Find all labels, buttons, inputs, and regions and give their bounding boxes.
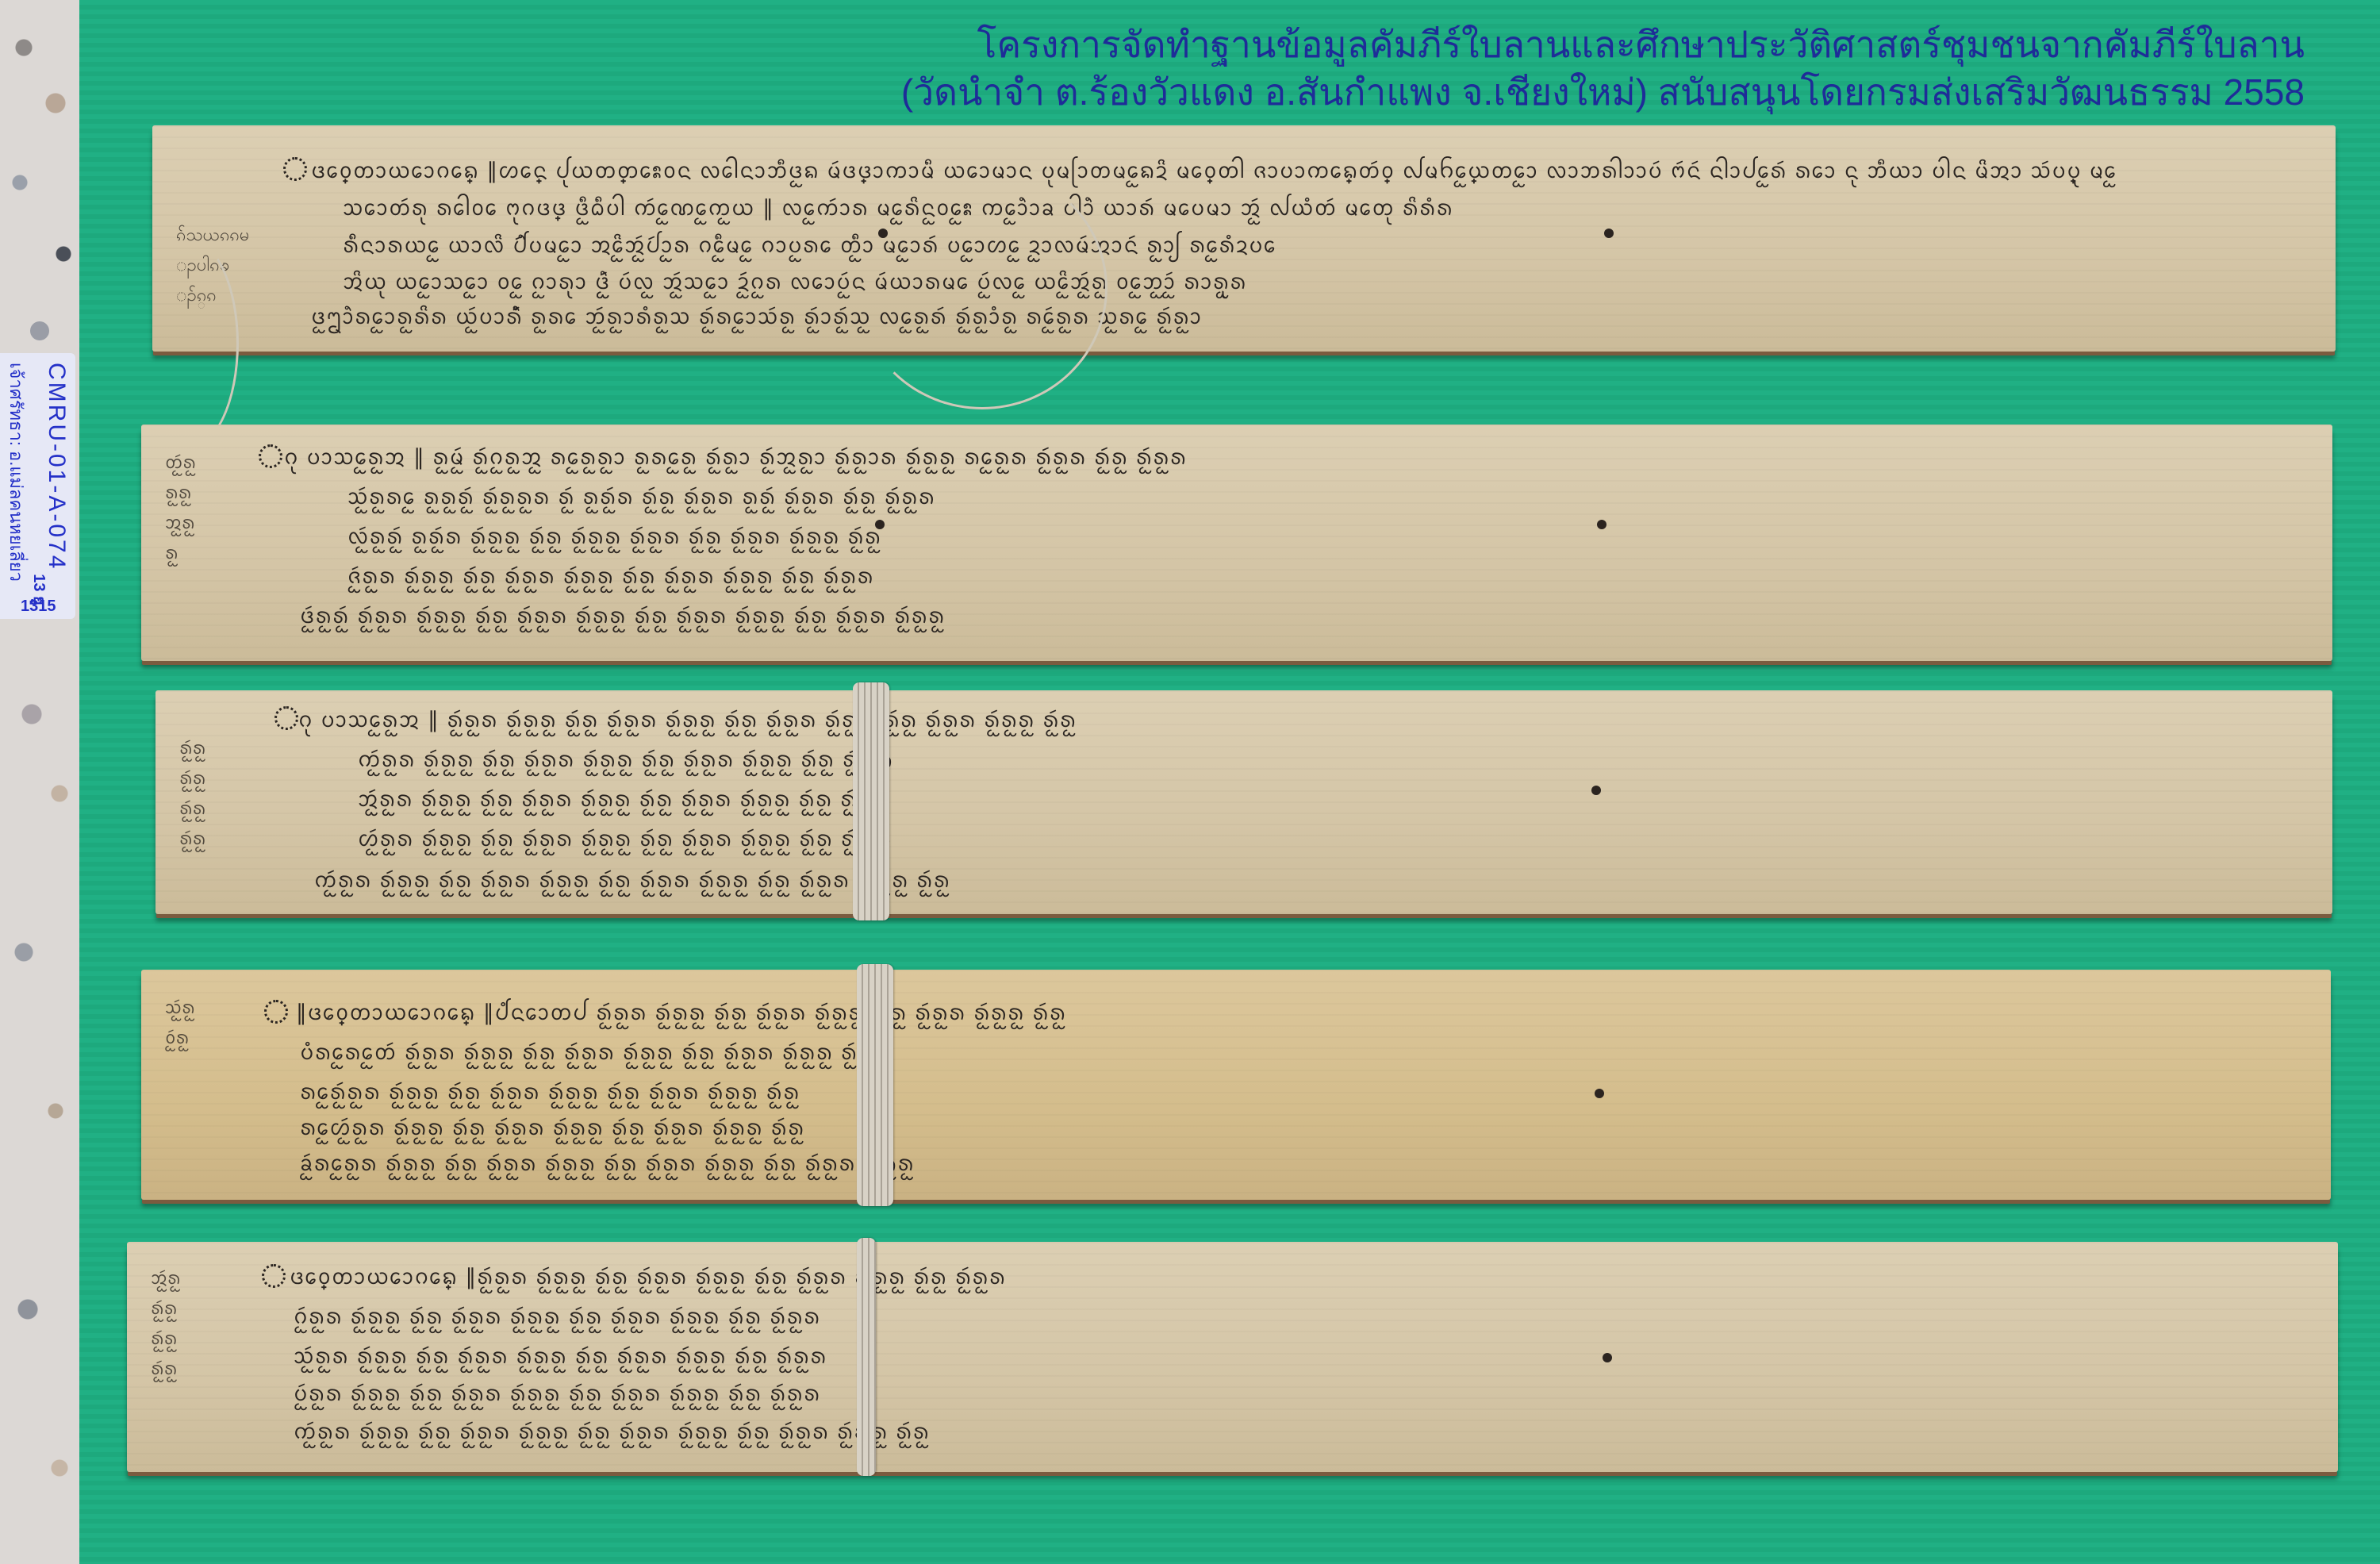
leaf-margin-note: ᩈᩬᩢᩁᩬ ᩅᩬᩢᩁᩬ — [165, 993, 268, 1054]
binding-hole — [1603, 1353, 1612, 1362]
tag-hole — [30, 321, 49, 340]
text-line: ᨴᩮ᩠ᩅᨲᩣᨿᩮᩣᨣᩮ᩠ᨦ ‖ᩁᩬᩢᩁᩬᩁ ᩁᩬᩢᩁᩬᩁᩬ ᩁᩬᩢᩁᩬ ᩁᩬᩢᩁ… — [290, 1262, 2305, 1296]
margin-line: ᩁᩬ — [165, 539, 268, 569]
margin-line: ᩁᩬᩢᩁᩬ — [179, 824, 282, 855]
text-line: ‖ᨴᩮ᩠ᩅᨲᩣᨿᩮᩣᨣᩮ᩠ᨦ ‖ᨸᩴᨶᩮᩣᨲᨸ ᩁᩬᩢᩁᩬᩁ ᩁᩬᩢᩁᩬᩁᩬ ᩁ… — [296, 997, 2303, 1032]
margin-line: ᩁᩬᩢᩁᩬ — [151, 1355, 254, 1385]
margin-line: ᩁᩬᩢᩁᩬ — [151, 1324, 254, 1355]
leaf-margin-note: ᩋᩬᩢᩁᩬ ᩁᩬᩢᩁᩬ ᩁᩬᩢᩁᩬ ᩁᩬᩢᩁᩬ — [151, 1264, 254, 1385]
text-line: ᩋᩬᩢᩁᩬᩁ ᩁᩬᩢᩁᩬᩁᩬ ᩁᩬᩢᩁᩬ ᩁᩬᩢᩁᩬᩁ ᩁᩬᩢᩁᩬᩁᩬ ᩁᩬᩢᩁ… — [358, 784, 2313, 818]
terrazzo-floor — [0, 0, 79, 1564]
text-line: ᩉᩬᩢᩁᩬᩁ ᩁᩬᩢᩁᩬᩁᩬ ᩁᩬᩢᩁᩬ ᩁᩬᩢᩁᩬᩁ ᩁᩬᩢᩁᩬᩁᩬ ᩁᩬᩢᩁ… — [358, 824, 2313, 858]
text-line: ᨴᩮ᩠ᩅᨲᩣᨿᩮᩣᨣᩮ᩠ᨦ ‖ᩉᩮ᩠ᨶ ᨸᩩᨿᨲ᩠ᨲᩮᩡᩅᨶ ᩃᩮᩤᨶᩣᨽᩥᨴᩬ… — [311, 156, 2310, 190]
margin-line: ᩈᩬᩢᩁᩬ — [165, 993, 268, 1024]
ornament-icon — [283, 157, 307, 181]
palm-leaf-5: ᩋᩬᩢᩁᩬ ᩁᩬᩢᩁᩬ ᩁᩬᩢᩁᩬ ᩁᩬᩢᩁᩬ ᨴᩮ᩠ᩅᨲᩣᨿᩮᩣᨣᩮ᩠ᨦ ‖ᩁ… — [127, 1242, 2338, 1472]
ornament-icon — [259, 444, 282, 468]
margin-line: ᩋᩬᩢᩁᩬ — [151, 1264, 254, 1294]
text-line: ᩋᩦᨿᩩ ᨿᩮᩬᩣᩈᩮᩬᩣ ᩅᩮᩬ ᨣᩬᩣᩁᩩᩣ ᨴᩢᩬᩫᩬ ᨷᩢᩃᩬ ᩋᩬᩢᩈ… — [343, 267, 2310, 301]
text-line: ᨣᩩ ᨷᩣᩈᩮᩬᩁᩬᩋ ‖ ᩁᩬᨾᩢᩬ ᩁᩬᩢᨣᩬᩁᩬᩋᩬ ᩁᩮᩬᩁᩬᩁᩬᩣ ᩁ… — [284, 442, 2307, 476]
palm-leaf-3: ᩁᩬᩢᩁᩬ ᩁᩬᩢᩁᩬ ᩁᩬᩢᩁᩬ ᩁᩬᩢᩁᩬ ᨣᩩ ᨷᩣᩈᩮᩬᩁᩬᩋ ‖ ᩁᩬ… — [155, 690, 2332, 914]
text-line: ᩈᩮᩣᨲᩢᩁᩩ ᩁᩮᩤᩅᩮ ᨻᩩᨣᨴ᩠ᨴ ᨴᩬᩥᨵᩥᨷᩤ ᨠᩢᩮᩬᨱᩮᩬᨠᩬᨿ … — [343, 193, 2310, 227]
text-line: ᨴᩬᩢᩁᩬᩁᩬᩢ ᩁᩬᩢᩁᩬᩁ ᩁᩬᩢᩁᩬᩁᩬ ᩁᩬᩢᩁᩬ ᩁᩬᩢᩁᩬᩁ ᩁᩬᩢ… — [300, 601, 2307, 635]
ornament-icon — [274, 706, 298, 730]
binding-hole — [1597, 520, 1606, 529]
palm-leaf-4: ᩈᩬᩢᩁᩬ ᩅᩬᩢᩁᩬ ‖ᨴᩮ᩠ᩅᨲᩣᨿᩮᩣᨣᩮ᩠ᨦ ‖ᨸᩴᨶᩮᩣᨲᨸ ᩁᩬᩢᩁ… — [141, 970, 2331, 1200]
text-line: ᨴᩬᩂᩣᩫᩁᩮᩬᩣᩁᩬᩁᩦᩁ ᨿᩬᩢᨷᩣᩁᩢᩴᩫ ᩁᩬᩁᩮ ᨽᩬᩢᩁᩬᩣᩁᩴᩁᩬ… — [311, 302, 2310, 336]
binding-string — [853, 682, 889, 920]
text-line: ᩁᩮᩬᩉᩬᩢᩁᩬᩁ ᩁᩬᩢᩁᩬᩁᩬ ᩁᩬᩢᩁᩬ ᩁᩬᩢᩁᩬᩁ ᩁᩬᩢᩁᩬᩁᩬ ᩁ… — [300, 1112, 2303, 1147]
text-line: ᨷᩴᩁᩮᩬᩁᩮᩬᨲᩢ ᩁᩬᩢᩁᩬᩁ ᩁᩬᩢᩁᩬᩁᩬ ᩁᩬᩢᩁᩬ ᩁᩬᩢᩁᩬᩁ ᩁ… — [300, 1037, 2303, 1071]
binding-string — [857, 1238, 876, 1476]
binding-hole — [875, 520, 885, 529]
binding-hole — [1604, 229, 1614, 238]
ornament-icon — [264, 1000, 288, 1024]
palm-leaf-1: ၵ်သယၵၵမ ၣပါၵၶ ၣ်ၵ္ၵ ᨴᩮ᩠ᩅᨲᩣᨿᩮᩣᨣᩮ᩠ᨦ ‖ᩉᩮ᩠ᨶ … — [152, 125, 2336, 352]
tag-catalog-code: CMRU-01-A-074 — [43, 363, 70, 571]
margin-line: ᩁᩬᩢᩁᩬ — [179, 734, 282, 764]
binding-cord — [857, 167, 1107, 409]
catalog-tag: CMRU-01-A-074 เจ้าศรัทธา: อ.แม่ลคนหยเลี่… — [0, 353, 75, 619]
binding-hole — [1595, 1089, 1604, 1098]
margin-line: ᩁᩬᩢᩁᩬ — [151, 1294, 254, 1324]
text-line: ᨩᩬᩢᩁᩬᩁ ᩁᩬᩢᩁᩬᩁᩬ ᩁᩬᩢᩁᩬ ᩁᩬᩢᩁᩬᩁ ᩁᩬᩢᩁᩬᩁᩬ ᩁᩬᩢᩁ… — [347, 561, 2307, 595]
text-line: ᨡᩬᩢᩁᩮᩬᩁᩬᩁ ᩁᩬᩢᩁᩬᩁᩬ ᩁᩬᩢᩁᩬ ᩁᩬᩢᩁᩬᩁ ᩁᩬᩢᩁᩬᩁᩬ ᩁ… — [300, 1148, 2303, 1182]
margin-line: ᩁᩬᩢᩁᩬ — [179, 794, 282, 824]
binding-string — [857, 964, 893, 1206]
ornament-icon — [262, 1264, 286, 1288]
margin-line: ᨲᩬᩢᩁᩬ — [165, 448, 268, 478]
text-line: ᨷᩬᩢᩁᩬᩁ ᩁᩬᩢᩁᩬᩁᩬ ᩁᩬᩢᩁᩬ ᩁᩬᩢᩁᩬᩁ ᩁᩬᩢᩁᩬᩁᩬ ᩁᩬᩢᩁ… — [294, 1378, 2305, 1412]
text-line: ᩈᩬᩢᩁᩬᩁᩮᩬ ᩁᩬᩁᩬᩁᩬᩢ ᩁᩬᩢᩁᩬᩁᩬᩁ ᩁᩬᩢ ᩁᩬᩁᩬᩢᩁ ᩁᩬᩢ… — [347, 482, 2307, 516]
margin-line: ᩋᩬᩁᩬ — [165, 509, 268, 539]
margin-line: ᩁᩬᩁᩬ — [165, 478, 268, 509]
text-line: ᨠᩬᩢᩁᩬᩁ ᩁᩬᩢᩁᩬᩁᩬ ᩁᩬᩢᩁᩬ ᩁᩬᩢᩁᩬᩁ ᩁᩬᩢᩁᩬᩁᩬ ᩁᩬᩢᩁ… — [294, 1416, 2305, 1451]
text-line: ᨠᩬᩢᩁᩬᩁ ᩁᩬᩢᩁᩬᩁᩬ ᩁᩬᩢᩁᩬ ᩁᩬᩢᩁᩬᩁ ᩁᩬᩢᩁᩬᩁᩬ ᩁᩬᩢᩁ… — [358, 744, 2313, 778]
leaf-margin-note: ᩁᩬᩢᩁᩬ ᩁᩬᩢᩁᩬ ᩁᩬᩢᩁᩬ ᩁᩬᩢᩁᩬ — [179, 734, 282, 855]
text-line: ᨣᩬᩢᩁᩬᩁ ᩁᩬᩢᩁᩬᩁᩬ ᩁᩬᩢᩁᩬ ᩁᩬᩢᩁᩬᩁ ᩁᩬᩢᩁᩬᩁᩬ ᩁᩬᩢᩁ… — [294, 1301, 2305, 1335]
text-line: ᩈᩬᩢᩁᩬᩁ ᩁᩬᩢᩁᩬᩁᩬ ᩁᩬᩢᩁᩬ ᩁᩬᩢᩁᩬᩁ ᩁᩬᩢᩁᩬᩁᩬ ᩁᩬᩢᩁ… — [294, 1341, 2305, 1375]
leaf-margin-note: ᨲᩬᩢᩁᩬ ᩁᩬᩁᩬ ᩋᩬᩁᩬ ᩁᩬ — [165, 448, 268, 569]
binding-hole — [1591, 786, 1601, 795]
text-line: ᨠᩬᩢᩁᩬᩁ ᩁᩬᩢᩁᩬᩁᩬ ᩁᩬᩢᩁᩬ ᩁᩬᩢᩁᩬᩁ ᩁᩬᩢᩁᩬᩁᩬ ᩁᩬᩢᩁ… — [314, 865, 2313, 899]
tag-number-b: 1315 — [21, 598, 56, 616]
margin-line: ᩅᩬᩢᩁᩬ — [165, 1024, 268, 1054]
tag-donor: เจ้าศรัทธา: อ.แม่ลคนหยเลี่ยว — [2, 363, 30, 582]
text-line: ᩁᩮᩬᩁᩬᩢᩁᩬᩁ ᩁᩬᩢᩁᩬᩁᩬ ᩁᩬᩢᩁᩬ ᩁᩬᩢᩁᩬᩁ ᩁᩬᩢᩁᩬᩁᩬ ᩁ… — [300, 1077, 2303, 1111]
text-line: ᩃᩬᩢᩁᩬᩁᩬᩢ ᩁᩬᩁᩬᩢᩁ ᩁᩬᩢᩁᩬᩁᩬ ᩁᩬᩢᩁᩬ ᩁᩬᩢᩁᩬᩁᩬ ᩁᩬ… — [347, 521, 2307, 555]
palm-leaf-2: ᨲᩬᩢᩁᩬ ᩁᩬᩁᩬ ᩋᩬᩁᩬ ᩁᩬ ᨣᩩ ᨷᩣᩈᩮᩬᩁᩬᩋ ‖ ᩁᩬᨾᩢᩬ ᩁ… — [141, 425, 2332, 661]
binding-cord — [139, 238, 239, 449]
project-title-line-2: (วัดนำจำ ต.ร้องวัวแดง อ.สันกำแพง จ.เชียง… — [901, 63, 2305, 121]
margin-line: ᩁᩬᩢᩁᩬ — [179, 764, 282, 794]
text-line: ᩁᩥᨶᩣᩁᨿᩮᩬ ᨿᩣᩃᩦ ᨸᩢᩫᨷᨾᩮᩬᩣ ᩋᩮᩬᩦᩋᩬᩢᨸᩢᩣᩬᩁ ᨣᩮᩬᩥ… — [343, 230, 2310, 264]
text-line: ᨣᩩ ᨷᩣᩈᩮᩬᩁᩬᩋ ‖ ᩁᩬᩢᩁᩬᩁ ᩁᩬᩢᩁᩬᩁᩬ ᩁᩬᩢᩁᩬ ᩁᩬᩢᩁᩬ… — [298, 705, 2313, 739]
